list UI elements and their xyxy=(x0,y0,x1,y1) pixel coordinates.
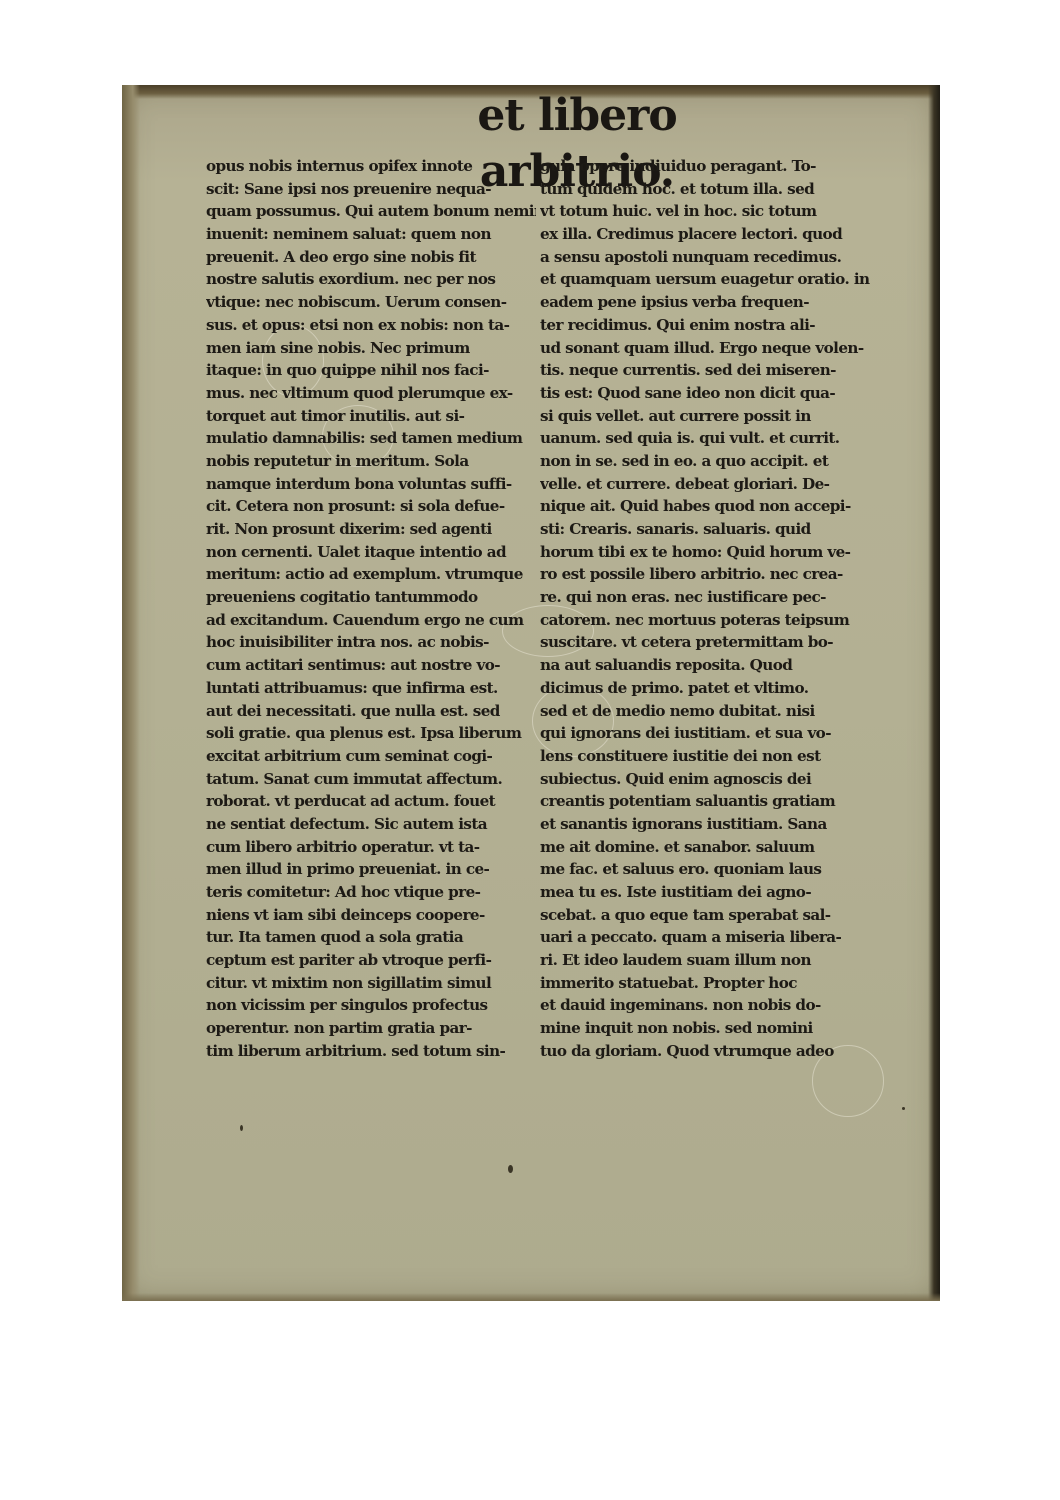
text-line: men illud in primo preueniat. in ce- xyxy=(206,858,536,881)
text-line: ud sonant quam illud. Ergo neque volen- xyxy=(540,337,876,360)
text-line: lens constituere iustitie dei non est xyxy=(540,745,876,768)
text-line: uari a peccato. quam a miseria libera- xyxy=(540,926,876,949)
binding-shadow xyxy=(928,85,940,1301)
text-line: subiectus. Quid enim agnoscis dei xyxy=(540,768,876,791)
text-line: itaque: in quo quippe nihil nos faci- xyxy=(206,359,536,382)
text-line: nique ait. Quid habes quod non accepi- xyxy=(540,495,876,518)
text-line: preueniens cogitatio tantummodo xyxy=(206,586,536,609)
text-line: ro est possile libero arbitrio. nec crea… xyxy=(540,563,876,586)
text-line: nostre salutis exordium. nec per nos xyxy=(206,268,536,291)
text-line: citur. vt mixtim non sigillatim simul xyxy=(206,972,536,995)
text-line: cum actitari sentimus: aut nostre vo- xyxy=(206,654,536,677)
text-line: preuenit. A deo ergo sine nobis fit xyxy=(206,246,536,269)
text-line: re. qui non eras. nec iustificare pec- xyxy=(540,586,876,609)
paper-speck xyxy=(902,1107,905,1110)
text-line: tum quidem hoc. et totum illa. sed xyxy=(540,178,876,201)
text-line: vt totum huic. vel in hoc. sic totum xyxy=(540,200,876,223)
page-scan: et libero arbitrio. opus nobis internus … xyxy=(122,85,940,1301)
text-line: excitat arbitrium cum seminat cogi- xyxy=(206,745,536,768)
text-line: torquet aut timor inutilis. aut si- xyxy=(206,405,536,428)
text-line: et dauid ingeminans. non nobis do- xyxy=(540,994,876,1017)
text-line: vtique: nec nobiscum. Uerum consen- xyxy=(206,291,536,314)
text-line: non vicissim per singulos profectus xyxy=(206,994,536,1017)
paper-speck xyxy=(240,1125,243,1131)
text-line: opus nobis internus opifex innote xyxy=(206,155,536,178)
text-line: non in se. sed in eo. a quo accipit. et xyxy=(540,450,876,473)
text-line: et quamquam uersum euagetur oratio. in xyxy=(540,268,876,291)
page-gutter-edge xyxy=(122,85,140,1301)
text-line: suscitare. vt cetera pretermittam bo- xyxy=(540,631,876,654)
text-line: hoc inuisibiliter intra nos. ac nobis- xyxy=(206,631,536,654)
text-line: luntati attribuamus: que infirma est. xyxy=(206,677,536,700)
text-line: dicimus de primo. patet et vltimo. xyxy=(540,677,876,700)
text-line: inuenit: neminem saluat: quem non xyxy=(206,223,536,246)
text-line: ceptum est pariter ab vtroque perfi- xyxy=(206,949,536,972)
text-line: sed et de medio nemo dubitat. nisi xyxy=(540,700,876,723)
text-line: meritum: actio ad exemplum. vtrumque xyxy=(206,563,536,586)
text-line: uanum. sed quia is. qui vult. et currit. xyxy=(540,427,876,450)
text-line: tis. neque currentis. sed dei miseren- xyxy=(540,359,876,382)
text-line: a sensu apostoli nunquam recedimus. xyxy=(540,246,876,269)
text-line: niens vt iam sibi deinceps coopere- xyxy=(206,904,536,927)
text-line: tim liberum arbitrium. sed totum sin- xyxy=(206,1040,536,1063)
text-line: gula opere indiuiduo peragant. To- xyxy=(540,155,876,178)
text-line: mulatio damnabilis: sed tamen medium xyxy=(206,427,536,450)
left-text-column: opus nobis internus opifex innotescit: S… xyxy=(206,155,536,1063)
text-line: aut dei necessitati. que nulla est. sed xyxy=(206,700,536,723)
text-line: roborat. vt perducat ad actum. fouet xyxy=(206,790,536,813)
text-line: sti: Crearis. sanaris. saluaris. quid xyxy=(540,518,876,541)
text-line: catorem. nec mortuus poteras teipsum xyxy=(540,609,876,632)
text-line: ter recidimus. Qui enim nostra ali- xyxy=(540,314,876,337)
text-line: operentur. non partim gratia par- xyxy=(206,1017,536,1040)
text-line: ex illa. Credimus placere lectori. quod xyxy=(540,223,876,246)
text-line: me ait domine. et sanabor. saluum xyxy=(540,836,876,859)
text-line: mea tu es. Iste iustitiam dei agno- xyxy=(540,881,876,904)
text-line: horum tibi ex te homo: Quid horum ve- xyxy=(540,541,876,564)
text-line: tatum. Sanat cum immutat affectum. xyxy=(206,768,536,791)
text-line: mine inquit non nobis. sed nomini xyxy=(540,1017,876,1040)
text-line: ne sentiat defectum. Sic autem ista xyxy=(206,813,536,836)
text-line: tuo da gloriam. Quod vtrumque adeo xyxy=(540,1040,876,1063)
text-line: sus. et opus: etsi non ex nobis: non ta- xyxy=(206,314,536,337)
page-bottom-edge xyxy=(122,1293,940,1301)
text-line: qui ignorans dei iustitiam. et sua vo- xyxy=(540,722,876,745)
text-line: me fac. et saluus ero. quoniam laus xyxy=(540,858,876,881)
paper-speck xyxy=(508,1165,513,1173)
text-line: nobis reputetur in meritum. Sola xyxy=(206,450,536,473)
text-line: namque interdum bona voluntas suffi- xyxy=(206,473,536,496)
text-line: scebat. a quo eque tam sperabat sal- xyxy=(540,904,876,927)
text-line: soli gratie. qua plenus est. Ipsa liberu… xyxy=(206,722,536,745)
text-line: men iam sine nobis. Nec primum xyxy=(206,337,536,360)
text-line: rit. Non prosunt dixerim: sed agenti xyxy=(206,518,536,541)
text-line: eadem pene ipsius verba frequen- xyxy=(540,291,876,314)
text-line: cit. Cetera non prosunt: si sola defue- xyxy=(206,495,536,518)
text-line: ad excitandum. Cauendum ergo ne cum xyxy=(206,609,536,632)
text-line: mus. nec vltimum quod plerumque ex- xyxy=(206,382,536,405)
text-line: quam possumus. Qui autem bonum neminem xyxy=(206,200,536,223)
text-line: teris comitetur: Ad hoc vtique pre- xyxy=(206,881,536,904)
text-line: si quis vellet. aut currere possit in xyxy=(540,405,876,428)
text-line: cum libero arbitrio operatur. vt ta- xyxy=(206,836,536,859)
text-line: scit: Sane ipsi nos preuenire nequa- xyxy=(206,178,536,201)
text-line: immerito statuebat. Propter hoc xyxy=(540,972,876,995)
right-text-column: gula opere indiuiduo peragant. To-tum qu… xyxy=(540,155,876,1063)
text-line: et sanantis ignorans iustitiam. Sana xyxy=(540,813,876,836)
text-line: velle. et currere. debeat gloriari. De- xyxy=(540,473,876,496)
text-line: creantis potentiam saluantis gratiam xyxy=(540,790,876,813)
text-line: ri. Et ideo laudem suam illum non xyxy=(540,949,876,972)
text-line: non cernenti. Ualet itaque intentio ad xyxy=(206,541,536,564)
text-line: na aut saluandis reposita. Quod xyxy=(540,654,876,677)
text-line: tis est: Quod sane ideo non dicit qua- xyxy=(540,382,876,405)
text-line: tur. Ita tamen quod a sola gratia xyxy=(206,926,536,949)
